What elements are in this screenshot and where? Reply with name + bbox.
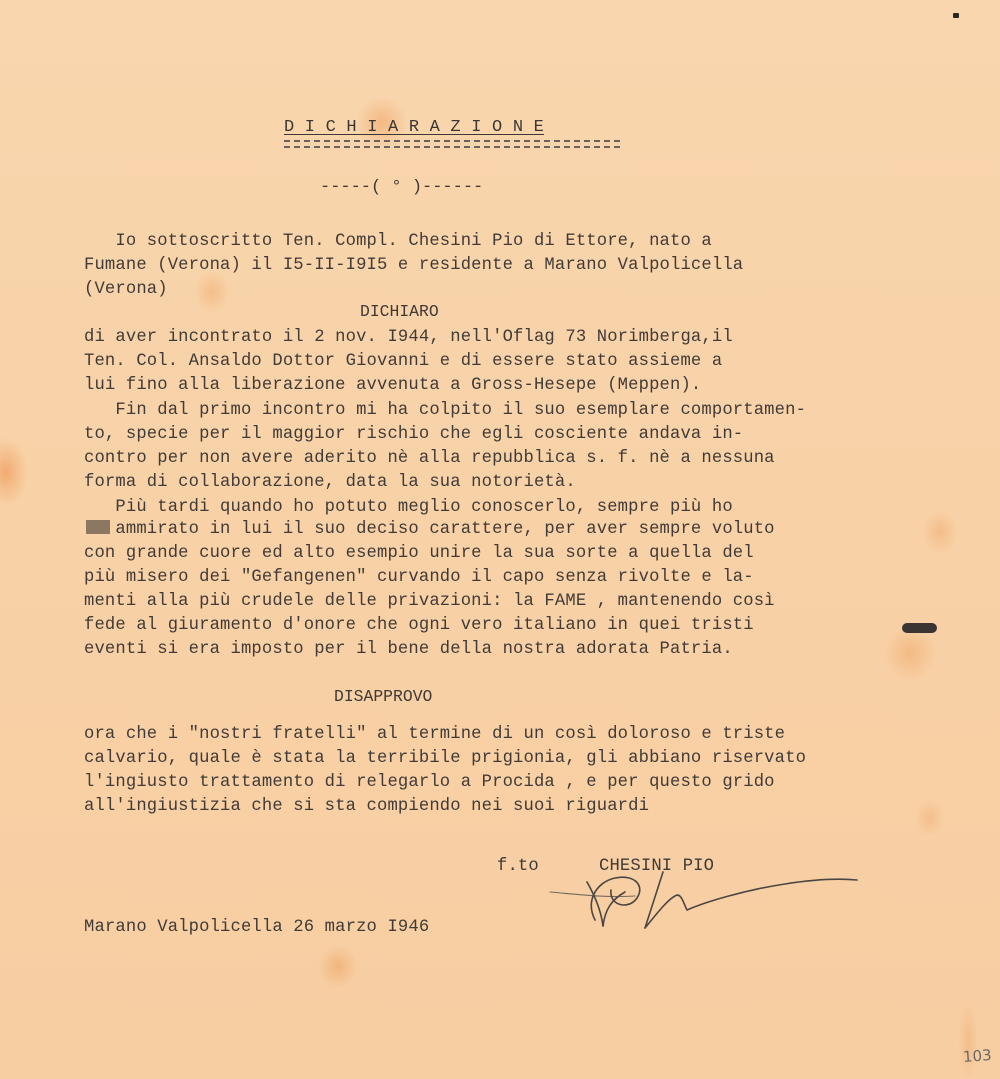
typed-strikeout-blot bbox=[902, 623, 937, 633]
body-line-4: Fin dal primo incontro mi ha colpito il … bbox=[84, 399, 806, 422]
ornamental-separator: -----( ° )------ bbox=[320, 178, 483, 197]
signature-label: f.to bbox=[497, 855, 539, 878]
opening-line-2: Fumane (Verona) il I5-II-I9I5 e resident… bbox=[84, 254, 743, 277]
typed-overstrike-mark bbox=[86, 520, 110, 534]
body-line-14: eventi si era imposto per il bene della … bbox=[84, 638, 733, 661]
body-line-5: to, specie per il maggior rischio che eg… bbox=[84, 423, 743, 446]
body-line-12: menti alla più crudele delle privazioni:… bbox=[84, 590, 775, 613]
closing-line-3: l'ingiusto trattamento di relegarlo a Pr… bbox=[84, 771, 775, 794]
body-line-13: fede al giuramento d'onore che ogni vero… bbox=[84, 614, 754, 637]
document-page: D I C H I A R A Z I O N E -----( ° )----… bbox=[0, 0, 1000, 1079]
handwritten-signature-icon bbox=[545, 870, 865, 940]
heading-dichiaro: DICHIARO bbox=[360, 302, 439, 321]
body-line-9: ammirato in lui il suo deciso carattere,… bbox=[84, 518, 775, 541]
document-title: D I C H I A R A Z I O N E bbox=[284, 118, 544, 137]
opening-line-3: (Verona) bbox=[84, 278, 168, 301]
body-line-1: di aver incontrato il 2 nov. I944, nell'… bbox=[84, 326, 733, 349]
body-line-11: più misero dei "Gefangenen" curvando il … bbox=[84, 566, 754, 589]
body-line-2: Ten. Col. Ansaldo Dottor Giovanni e di e… bbox=[84, 350, 722, 373]
opening-line-1: Io sottoscritto Ten. Compl. Chesini Pio … bbox=[84, 230, 712, 253]
heading-disapprovo: DISAPPROVO bbox=[334, 687, 432, 706]
handwritten-page-number: 103 bbox=[962, 1046, 992, 1066]
closing-line-4: all'ingiustizia che si sta compiendo nei… bbox=[84, 795, 649, 818]
body-line-7: forma di collaborazione, data la sua not… bbox=[84, 471, 576, 494]
closing-line-1: ora che i "nostri fratelli" al termine d… bbox=[84, 723, 785, 746]
ink-speck bbox=[953, 13, 959, 18]
place-and-date: Marano Valpolicella 26 marzo I946 bbox=[84, 916, 429, 939]
body-line-10: con grande cuore ed alto esempio unire l… bbox=[84, 542, 754, 565]
body-line-6: contro per non avere aderito nè alla rep… bbox=[84, 447, 775, 470]
closing-line-2: calvario, quale è stata la terribile pri… bbox=[84, 747, 806, 770]
body-line-8: Più tardi quando ho potuto meglio conosc… bbox=[84, 496, 733, 519]
body-line-3: lui fino alla liberazione avvenuta a Gro… bbox=[84, 374, 701, 397]
title-double-underline bbox=[284, 140, 620, 148]
